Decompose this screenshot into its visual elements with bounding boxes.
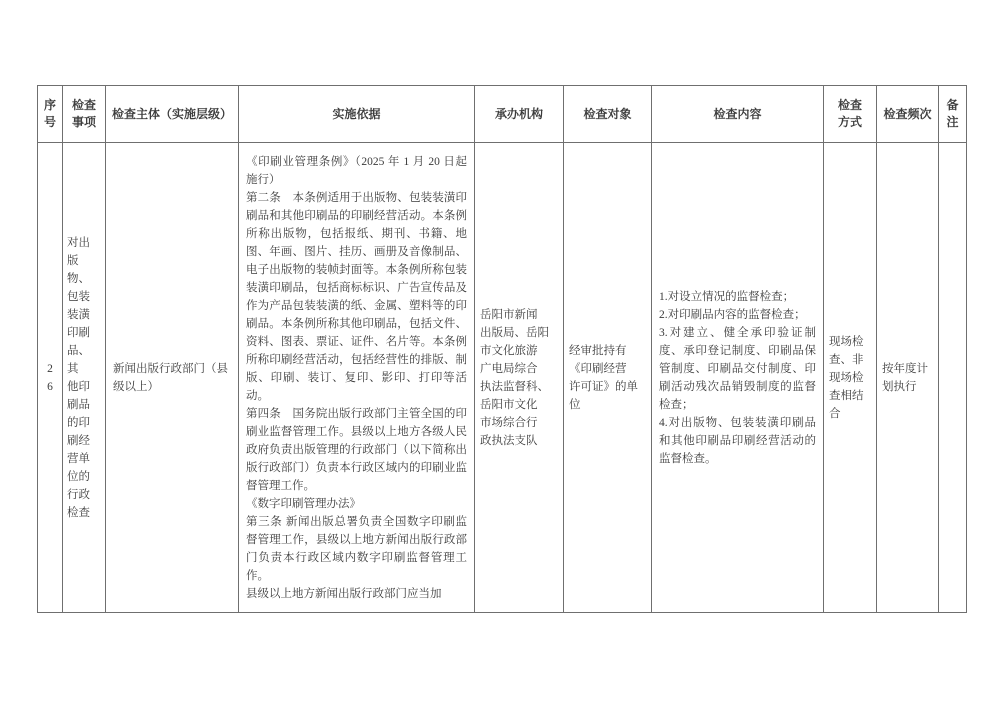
header-content: 检查内容 — [652, 86, 824, 143]
header-frequency: 检查频次 — [877, 86, 939, 143]
content-item: 1.对设立情况的监督检查； — [659, 288, 816, 306]
cell-inspection-content: 1.对设立情况的监督检查； 2.对印刷品内容的监督检查； 3.对建立、健全承印验… — [652, 143, 824, 613]
document-page: 序 号 检查 事项 检查主体（实施层级） 实施依据 承办机构 检查对象 检查内容… — [0, 0, 1000, 706]
content-item: 4.对出版物、包装装潢印刷品和其他印刷品印刷经营活动的监督检查。 — [659, 414, 816, 468]
header-agency: 承办机构 — [475, 86, 564, 143]
header-method: 检查 方式 — [824, 86, 877, 143]
table-row: 2 6 对出 版物、 包装 装潢 印刷 品、其 他印 刷品 的印 刷经 营单 位… — [38, 143, 967, 613]
header-target: 检查对象 — [564, 86, 652, 143]
cell-remark — [939, 143, 967, 613]
cell-implementation-basis: 《印刷业管理条例》（2025 年 1 月 20 日起施行） 第二条 本条例适用于… — [239, 143, 475, 613]
basis-paragraph: 《数字印刷管理办法》 — [246, 495, 467, 513]
content-item: 3.对建立、健全承印验证制度、承印登记制度、印刷品保管制度、印刷品交付制度、印刷… — [659, 324, 816, 414]
header-seq: 序 号 — [38, 86, 63, 143]
header-basis: 实施依据 — [239, 86, 475, 143]
cell-inspection-method: 现场检 查、非 现场检 查相结 合 — [824, 143, 877, 613]
header-item: 检查 事项 — [63, 86, 106, 143]
basis-paragraph: 第三条 新闻出版总署负责全国数字印刷监督管理工作，县级以上地方新闻出版行政部门负… — [246, 513, 467, 585]
header-row: 序 号 检查 事项 检查主体（实施层级） 实施依据 承办机构 检查对象 检查内容… — [38, 86, 967, 143]
basis-paragraph: 《印刷业管理条例》（2025 年 1 月 20 日起施行） — [246, 153, 467, 189]
cell-inspection-frequency: 按年度计 划执行 — [877, 143, 939, 613]
basis-paragraph: 第四条 国务院出版行政部门主管全国的印刷业监督管理工作。县级以上地方各级人民政府… — [246, 405, 467, 495]
header-remark: 备 注 — [939, 86, 967, 143]
inspection-matrix-table: 序 号 检查 事项 检查主体（实施层级） 实施依据 承办机构 检查对象 检查内容… — [37, 85, 967, 613]
content-item: 2.对印刷品内容的监督检查； — [659, 306, 816, 324]
cell-inspection-item: 对出 版物、 包装 装潢 印刷 品、其 他印 刷品 的印 刷经 营单 位的 行政… — [63, 143, 106, 613]
cell-inspection-subject: 新闻出版行政部门（县 级以上） — [106, 143, 239, 613]
cell-inspection-target: 经审批持有 《印刷经营 许可证》的单 位 — [564, 143, 652, 613]
basis-paragraph: 县级以上地方新闻出版行政部门应当加 — [246, 585, 467, 603]
header-subject: 检查主体（实施层级） — [106, 86, 239, 143]
cell-undertaking-agency: 岳阳市新闻 出版局、岳阳 市文化旅游 广电局综合 执法监督科、 岳阳市文化 市场… — [475, 143, 564, 613]
cell-sequence-number: 2 6 — [38, 143, 63, 613]
basis-paragraph: 第二条 本条例适用于出版物、包装装潢印刷品和其他印刷品的印刷经营活动。本条例所称… — [246, 189, 467, 405]
